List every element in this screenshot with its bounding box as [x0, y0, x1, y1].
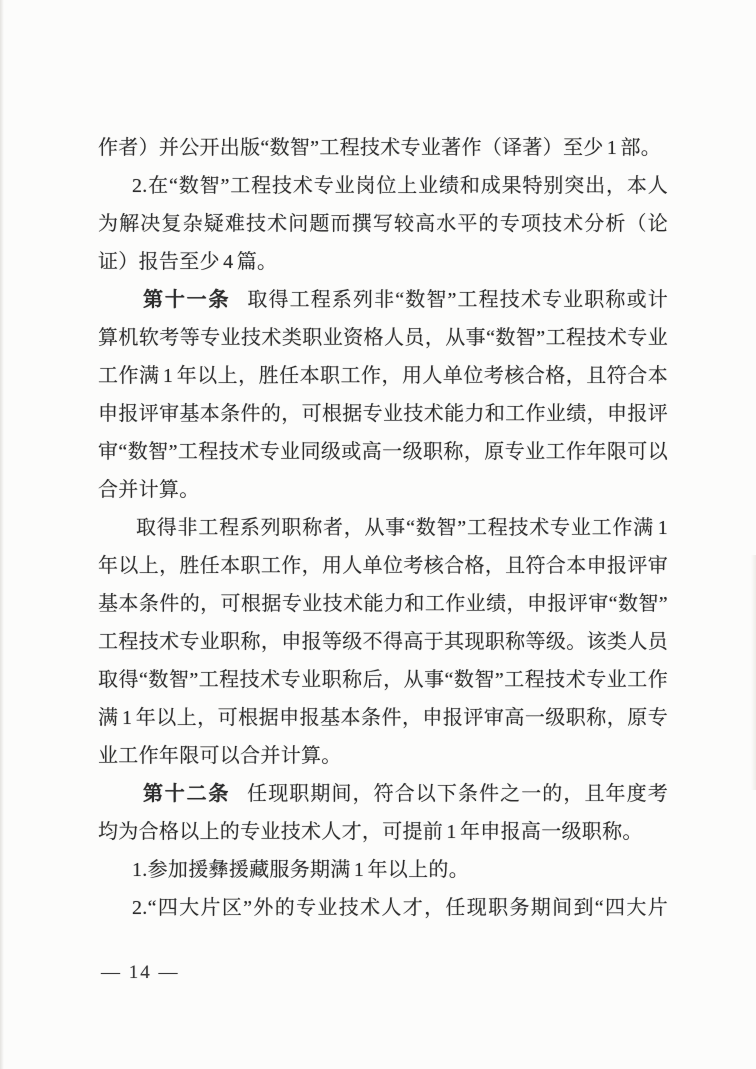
- text-line: 申报评审基本条件的，可根据专业技术能力和工作业绩，申报评: [98, 395, 668, 433]
- line-text: 2.“四大片区”外的专业技术人才，任现职务期间到“四大片: [132, 897, 668, 919]
- text-line: 1.参加援彝援藏服务期满 1 年以上的。: [98, 851, 668, 889]
- line-text: 作者）并公开出版“数智”工程技术专业著作（译著）至少 1 部。: [98, 137, 661, 159]
- text-line: 年以上，胜任本职工作，用人单位考核合格，且符合本申报评审: [98, 547, 668, 585]
- text-line: 审“数智”工程技术专业同级或高一级职称，原专业工作年限可以: [98, 433, 668, 471]
- text-line: 取得“数智”工程技术专业职称后，从事“数智”工程技术专业工作: [98, 661, 668, 699]
- line-text: 合并计算。: [98, 479, 200, 501]
- line-text: 取得“数智”工程技术专业职称后，从事“数智”工程技术专业工作: [98, 669, 668, 691]
- line-text: 1.参加援彝援藏服务期满 1 年以上的。: [132, 859, 469, 881]
- text-line: 取得非工程系列职称者，从事“数智”工程技术专业工作满 1: [98, 509, 668, 547]
- line-text: 为解决复杂疑难技术问题而撰写较高水平的专项技术分析（论: [98, 213, 668, 235]
- line-text: 申报评审基本条件的，可根据专业技术能力和工作业绩，申报评: [98, 403, 668, 425]
- text-line: 第十二条任现职期间，符合以下条件之一的，且年度考核: [98, 775, 668, 813]
- text-line: 合并计算。: [98, 471, 668, 509]
- article-heading: 第十二条: [143, 783, 230, 805]
- scan-edge-left: [0, 0, 4, 1069]
- text-line: 业工作年限可以合并计算。: [98, 737, 668, 775]
- line-text: 满 1 年以上，可根据申报基本条件，申报评审高一级职称，原专: [98, 707, 668, 729]
- text-line: 作者）并公开出版“数智”工程技术专业著作（译著）至少 1 部。: [98, 129, 668, 167]
- text-line: 满 1 年以上，可根据申报基本条件，申报评审高一级职称，原专: [98, 699, 668, 737]
- line-text: 工程技术专业职称，申报等级不得高于其现职称等级。该类人员: [98, 631, 668, 653]
- line-text: 基本条件的，可根据专业技术能力和工作业绩，申报评审“数智”: [98, 593, 668, 615]
- line-text: 取得工程系列非“数智”工程技术专业职称或计: [247, 289, 668, 311]
- line-text: 业工作年限可以合并计算。: [98, 745, 342, 767]
- line-text: 2.在“数智”工程技术专业岗位上业绩和成果特别突出，本人: [132, 175, 668, 197]
- line-text: 均为合格以上的专业技术人才，可提前 1 年申报高一级职称。: [98, 821, 643, 843]
- text-line: 第十一条取得工程系列非“数智”工程技术专业职称或计: [98, 281, 668, 319]
- text-line: 证）报告至少 4 篇。: [98, 243, 668, 281]
- line-text: 取得非工程系列职称者，从事“数智”工程技术专业工作满 1: [136, 517, 668, 539]
- article-heading: 第十一条: [143, 289, 230, 311]
- text-line: 算机软考等专业技术类职业资格人员，从事“数智”工程技术专业: [98, 319, 668, 357]
- text-line: 工程技术专业职称，申报等级不得高于其现职称等级。该类人员: [98, 623, 668, 661]
- text-line: 2.在“数智”工程技术专业岗位上业绩和成果特别突出，本人: [98, 167, 668, 205]
- scan-edge-right: [751, 555, 756, 790]
- document-body: 作者）并公开出版“数智”工程技术专业著作（译著）至少 1 部。2.在“数智”工程…: [98, 129, 668, 927]
- line-text: 年以上，胜任本职工作，用人单位考核合格，且符合本申报评审: [98, 555, 668, 577]
- line-text: 工作满 1 年以上，胜任本职工作，用人单位考核合格，且符合本: [98, 365, 668, 387]
- text-line: 为解决复杂疑难技术问题而撰写较高水平的专项技术分析（论: [98, 205, 668, 243]
- document-page: 作者）并公开出版“数智”工程技术专业著作（译著）至少 1 部。2.在“数智”工程…: [0, 0, 756, 1069]
- text-line: 基本条件的，可根据专业技术能力和工作业绩，申报评审“数智”: [98, 585, 668, 623]
- page-number: — 14 —: [101, 962, 180, 984]
- line-text: 算机软考等专业技术类职业资格人员，从事“数智”工程技术专业: [98, 327, 668, 349]
- line-text: 证）报告至少 4 篇。: [98, 251, 277, 273]
- text-line: 2.“四大片区”外的专业技术人才，任现职务期间到“四大片: [98, 889, 668, 927]
- text-line: 工作满 1 年以上，胜任本职工作，用人单位考核合格，且符合本: [98, 357, 668, 395]
- line-text: 审“数智”工程技术专业同级或高一级职称，原专业工作年限可以: [98, 441, 668, 463]
- text-line: 均为合格以上的专业技术人才，可提前 1 年申报高一级职称。: [98, 813, 668, 851]
